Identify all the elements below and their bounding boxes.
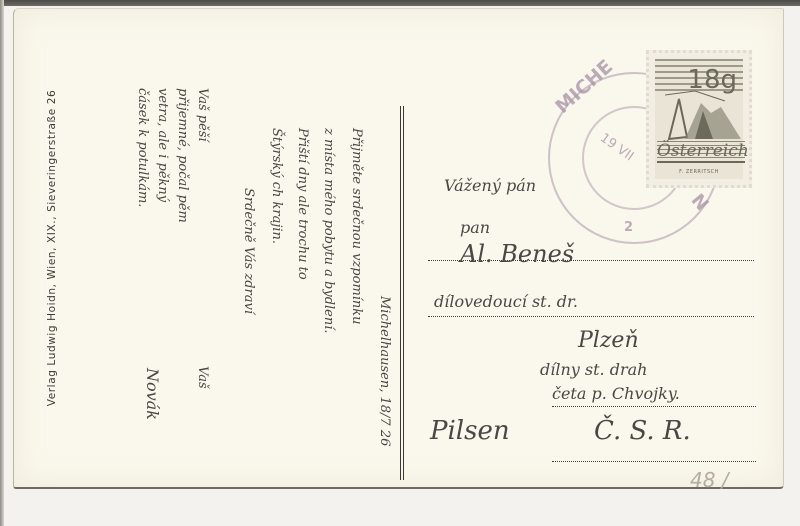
mountain-icon xyxy=(665,89,745,143)
postage-stamp: 18g Österreich F. ZERRITSCH xyxy=(646,50,752,188)
scan-top-edge xyxy=(0,0,800,6)
message-signature: Novák xyxy=(143,368,162,420)
address-city: Plzeň xyxy=(578,328,639,353)
address-dotted-line xyxy=(552,461,756,462)
message-address-divider xyxy=(400,106,404,480)
message-line: z místa mého pobytu a bydlení. xyxy=(321,128,336,334)
address-salutation: Vážený pán xyxy=(444,176,536,195)
message-closing: Vaš xyxy=(195,366,210,389)
stamp-country: Österreich xyxy=(657,141,745,163)
message-line: Srdečně Vás zdraví xyxy=(241,188,256,314)
side-note-line: Vaš pěší xyxy=(195,88,210,142)
address-street-2: četa p. Chvojky. xyxy=(552,384,680,403)
side-note-line: vetra, ale i pěkný xyxy=(155,88,170,202)
message-line: Přijměte srdečnou vzpomínku xyxy=(349,128,364,325)
publisher-imprint: Verlag Ludwig Hoidn, Wien, XIX., Sieveri… xyxy=(46,90,58,407)
address-dotted-line xyxy=(428,316,754,317)
address-occupation: dílovedoucí st. dr. xyxy=(434,292,578,311)
message-line: Přiští dny ale trochu to xyxy=(295,128,310,280)
stamp-designer: F. ZERRITSCH xyxy=(655,169,743,175)
scan-left-edge xyxy=(0,0,4,526)
message-place-date: Michelhausen, 18/7 26 xyxy=(377,296,392,446)
address-name: Al. Beneš xyxy=(460,240,574,268)
address-street-1: dílny st. drah xyxy=(540,360,647,379)
address-dotted-line xyxy=(552,406,756,407)
address-city-german: Pilsen xyxy=(430,416,510,446)
message-line: Štýrský ch krajin. xyxy=(269,128,284,244)
side-note-line: čásek k potulkám. xyxy=(135,88,150,207)
pencil-note: 48 / xyxy=(690,468,729,492)
address-title: pan xyxy=(460,218,490,237)
address-country: Č. S. R. xyxy=(594,416,691,446)
side-note-line: přijemné, počal pěm xyxy=(175,88,190,223)
stamp-design: 18g Österreich F. ZERRITSCH xyxy=(655,59,743,179)
